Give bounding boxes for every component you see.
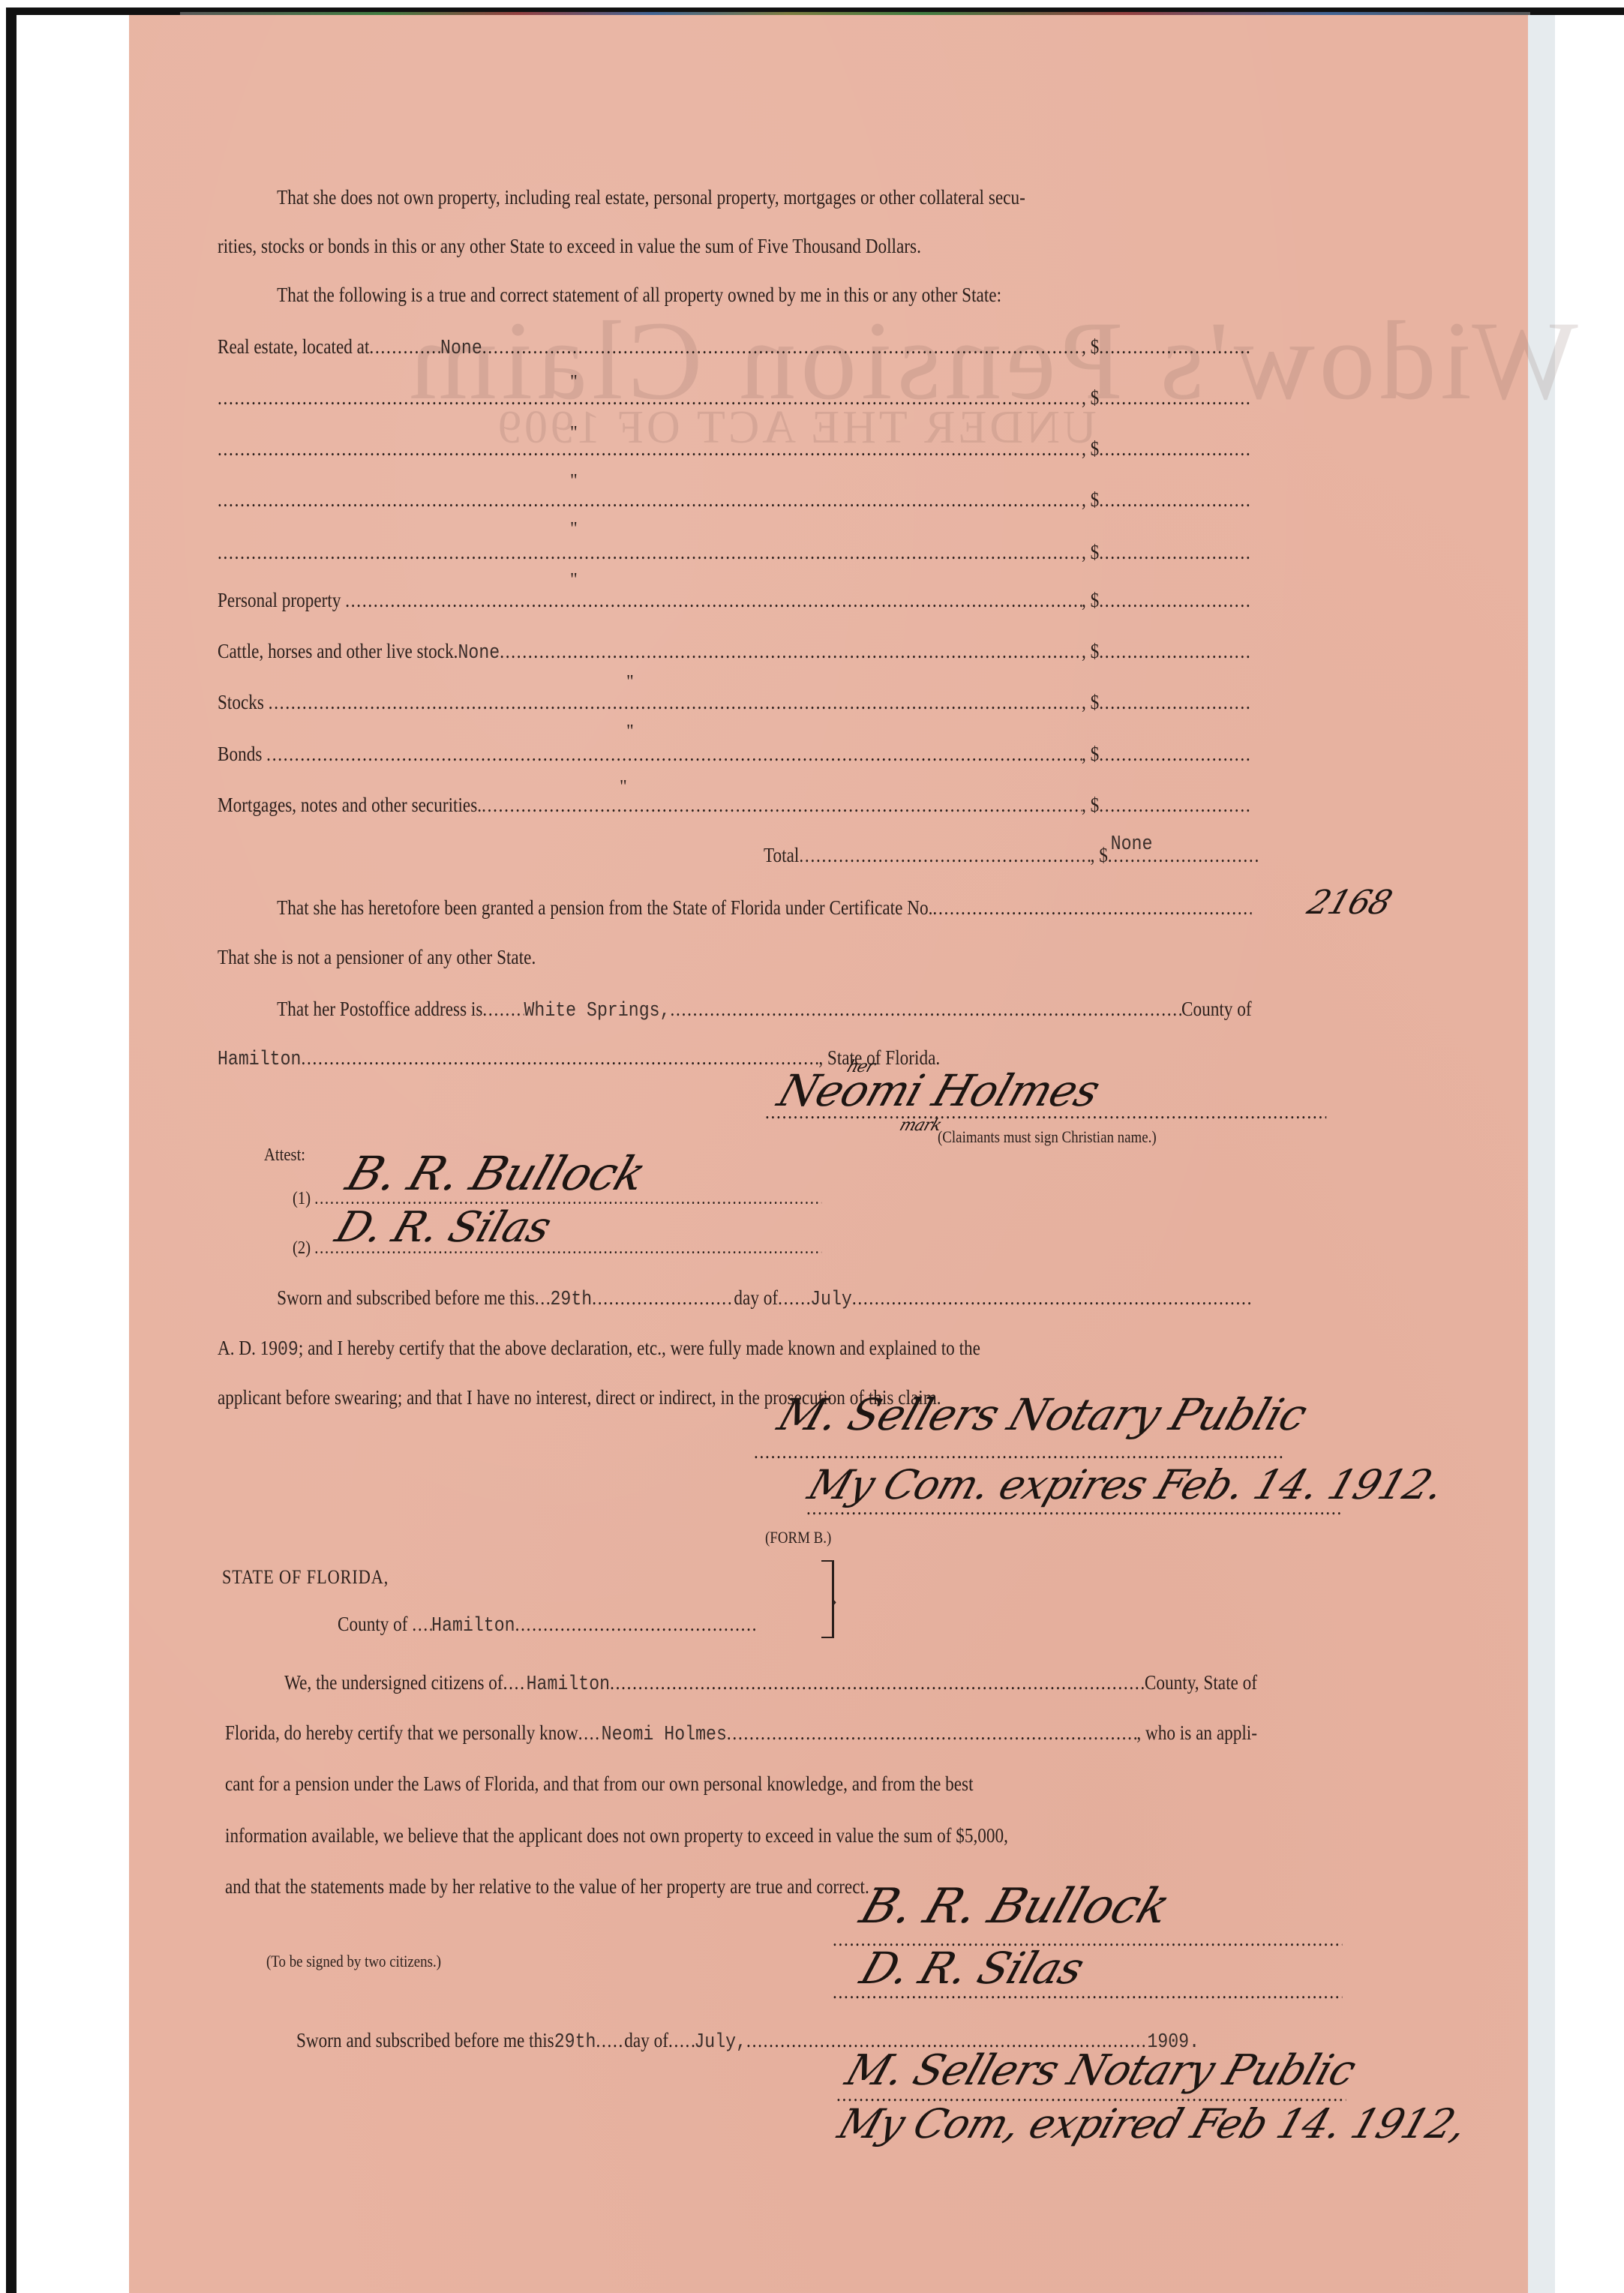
text: County of [1181,994,1252,1024]
property-row-mortgages: Mortgages, notes and other securities. ,… [218,790,1252,820]
total-row: Total , $None [764,840,1260,870]
sworn-month-value[interactable]: July [810,1285,852,1315]
notary-signature-1: M. Sellers Notary Public [772,1389,1313,1440]
ditto-mark: " [570,570,578,590]
dollar-sign: $ [1091,790,1100,820]
leader-dots [535,1283,551,1313]
text: That she has heretofore been granted a p… [218,893,932,923]
row-label: Personal property [218,585,341,615]
text: That she does not own property, includin… [218,182,1025,212]
amount-field[interactable]: $ [1091,636,1252,666]
text: and that the statements made by her rela… [225,1871,869,1901]
postoffice-line: That her Postoffice address is White Spr… [218,994,1252,1024]
ditto-mark: " [570,471,578,491]
dollar-sign: $ [1091,537,1100,567]
citizens-county-value[interactable]: Hamilton [527,1670,610,1700]
leader-dots [1099,332,1251,362]
sworn-line-1: Sworn and subscribed before me this 29th… [218,1283,1252,1313]
leader-dots [932,893,1251,923]
amount-field[interactable]: $ [1091,585,1252,615]
text: ; and I hereby certify that the above de… [299,1333,980,1363]
claimant-note: (Claimants must sign Christian name.) [938,1122,1325,1152]
scan-margin [17,17,129,2293]
statement-intro: That the following is a true and correct… [218,280,1252,310]
know-line: Florida, do hereby certify that we perso… [225,1718,1257,1748]
text: Attest: [264,1140,305,1170]
dollar-sign: $ [1091,434,1100,464]
leader-dots [218,537,1082,567]
text: day of [624,2025,668,2055]
text: STATE OF FLORIDA, [222,1562,389,1592]
row-label: Bonds [218,739,262,769]
amount-field[interactable]: $ [1091,332,1252,362]
citizen-signature-line-2 [833,1976,1342,2006]
ditto-mark: " [626,672,634,692]
comma: , [1082,636,1091,666]
comma: , [1082,585,1091,615]
certificate-line: That she has heretofore been granted a p… [218,893,1252,923]
leader-dots [592,1283,734,1313]
leader-dots [482,790,1082,820]
text: (To be signed by two citizens.) [266,1946,441,1976]
property-row-blank-1: , $ [218,383,1252,413]
leader-dots [668,2025,694,2055]
comma: , [1082,434,1091,464]
comma: , [1082,383,1091,413]
citizens-line: We, the undersigned citizens of Hamilton… [225,1667,1257,1697]
text: day of [734,1283,778,1313]
comma: , [1082,687,1091,717]
county-value[interactable]: Hamilton [218,1045,301,1075]
leader-dots [369,332,440,362]
sworn-line-2: A. D. 1909; and I hereby certify that th… [218,1333,1252,1363]
text: information available, we believe that t… [225,1820,1008,1850]
dollar-sign: $ [1099,840,1108,870]
leader-dots [1099,434,1251,464]
ditto-mark: " [570,519,578,539]
dollar-sign: $ [1091,585,1100,615]
postoffice-address-value[interactable]: White Springs, [524,996,670,1026]
dollar-sign: $ [1091,383,1100,413]
leader-dots [1099,739,1251,769]
comma: , [1082,332,1091,362]
row-label: Cattle, horses and other live stock. [218,636,458,666]
text: Florida, do hereby certify that we perso… [225,1718,578,1748]
form-b-month-value[interactable]: July, [694,2027,746,2057]
text: Sworn and subscribed before me this [296,2025,554,2055]
text: Sworn and subscribed before me this [218,1283,535,1313]
text: We, the undersigned citizens of [225,1667,503,1697]
property-row-personal: Personal property , $ [218,585,1252,615]
leader-dots [218,485,1082,515]
text: (Claimants must sign Christian name.) [938,1122,1157,1152]
text: That she is not a pensioner of any other… [218,942,536,972]
amount-field[interactable]: $ [1091,434,1252,464]
form-b-day-value[interactable]: 29th [554,2027,596,2057]
certificate-number[interactable]: 2168 [1303,884,1397,922]
leader-dots [503,1667,527,1697]
text: That the following is a true and correct… [218,280,1001,310]
text: (FORM B.) [765,1523,831,1553]
leader-dots [610,1667,1145,1697]
leader-dots [345,585,1082,615]
dollar-sign: $ [1091,485,1100,515]
form-b-county-value[interactable]: Hamilton [431,1611,515,1641]
comma: , [1082,485,1091,515]
sign-note: (To be signed by two citizens.) [266,1946,589,1976]
leader-dots [852,1283,1252,1313]
total-amount-field[interactable]: $None [1099,840,1260,870]
bracket-tip: › [831,1592,837,1612]
ditto-mark: " [620,777,627,797]
form-b-line-3: cant for a pension under the Laws of Flo… [225,1769,1257,1799]
comma: , [1082,790,1091,820]
real-estate-value[interactable]: None [440,334,482,364]
witness-signature-1: B. R. Bullock [340,1146,653,1201]
leader-dots [578,1718,602,1748]
witness-number: (1) [293,1184,311,1214]
property-row-bonds: Bonds , $ [218,739,1252,769]
leader-dots [778,1283,810,1313]
leader-dots [301,1043,818,1073]
leader-dots [500,636,1082,666]
comma: , [1091,840,1100,870]
commission-line-1 [806,1493,1342,1523]
dollar-sign: $ [1091,332,1100,362]
leader-dots [833,1976,1342,2006]
leader-dots [1099,585,1251,615]
dollar-sign: $ [1091,687,1100,717]
row-label: Mortgages, notes and other securities. [218,790,482,820]
amount-field[interactable]: $ [1091,739,1252,769]
leader-dots [1099,636,1251,666]
total-label: Total [764,840,799,870]
sworn-day-value[interactable]: 29th [550,1285,592,1315]
leader-dots [671,994,1182,1024]
property-row-stocks: Stocks , $ [218,687,1252,717]
not-pensioner-line: That she is not a pensioner of any other… [218,942,1252,972]
text: cant for a pension under the Laws of Flo… [225,1769,974,1799]
form-label: (FORM B.) [765,1523,894,1553]
leader-dots [482,332,1082,362]
form-b-county-line: County of Hamilton [338,1609,757,1639]
text: rities, stocks or bonds in this or any o… [218,231,921,261]
amount-field[interactable]: $ [1091,537,1252,567]
leader-dots [1099,383,1251,413]
leader-dots [482,994,524,1024]
total-amount-value: None [1111,830,1153,860]
leader-dots [799,840,1090,870]
text: That her Postoffice address is [218,994,482,1024]
sworn-year-value[interactable]: 09 [278,1335,299,1365]
amount-field[interactable]: $ [1091,383,1252,413]
leader-dots [1099,537,1251,567]
text: County of [338,1609,408,1639]
paragraph-1-line-1: That she does not own property, includin… [218,182,1252,212]
ditto-mark: " [570,372,578,392]
form-b-state: STATE OF FLORIDA, [222,1562,545,1592]
leader-dots [218,383,1082,413]
notary-commission-2: My Com, expired Feb 14. 1912, [833,2100,1472,2147]
property-row-blank-4: , $ [218,537,1252,567]
text: A. D. 19 [218,1333,278,1363]
property-row-real-estate: Real estate, located at None , $ [218,332,1252,362]
ditto-mark: " [626,722,634,742]
leader-dots [1099,687,1251,717]
ditto-mark: " [570,423,578,443]
comma: , [1082,537,1091,567]
text: , who is an appli- [1136,1718,1257,1748]
comma: , [1082,739,1091,769]
property-row-blank-2: , $ [218,434,1252,464]
livestock-value[interactable]: None [458,638,500,668]
witness-signature-2: D. R. Silas [329,1203,557,1252]
leader-dots [266,739,1082,769]
leader-dots [1099,790,1251,820]
leader-dots [596,2025,624,2055]
paper-edge [1528,15,1555,2293]
leader-dots [727,1718,1137,1748]
property-row-blank-3: , $ [218,485,1252,515]
leader-dots [269,687,1082,717]
text: County, State of [1145,1667,1257,1697]
property-row-livestock: Cattle, horses and other live stock. Non… [218,636,1252,666]
row-label: Stocks [218,687,264,717]
paragraph-1-line-2: rities, stocks or bonds in this or any o… [218,231,1252,261]
witness-number: (2) [293,1233,311,1263]
amount-field[interactable]: $ [1091,790,1252,820]
leader-dots [806,1493,1342,1523]
row-label: Real estate, located at [218,332,369,362]
form-b-line-4: information available, we believe that t… [225,1820,1257,1850]
applicant-name-value[interactable]: Neomi Holmes [602,1720,727,1750]
amount-field[interactable]: $ [1091,687,1252,717]
leader-dots [515,1609,757,1639]
dollar-sign: $ [1091,636,1100,666]
leader-dots [1099,485,1251,515]
leader-dots [412,1609,431,1639]
scan-frame-left [6,9,17,2293]
dollar-sign: $ [1091,739,1100,769]
leader-dots [218,434,1082,464]
amount-field[interactable]: $ [1091,485,1252,515]
